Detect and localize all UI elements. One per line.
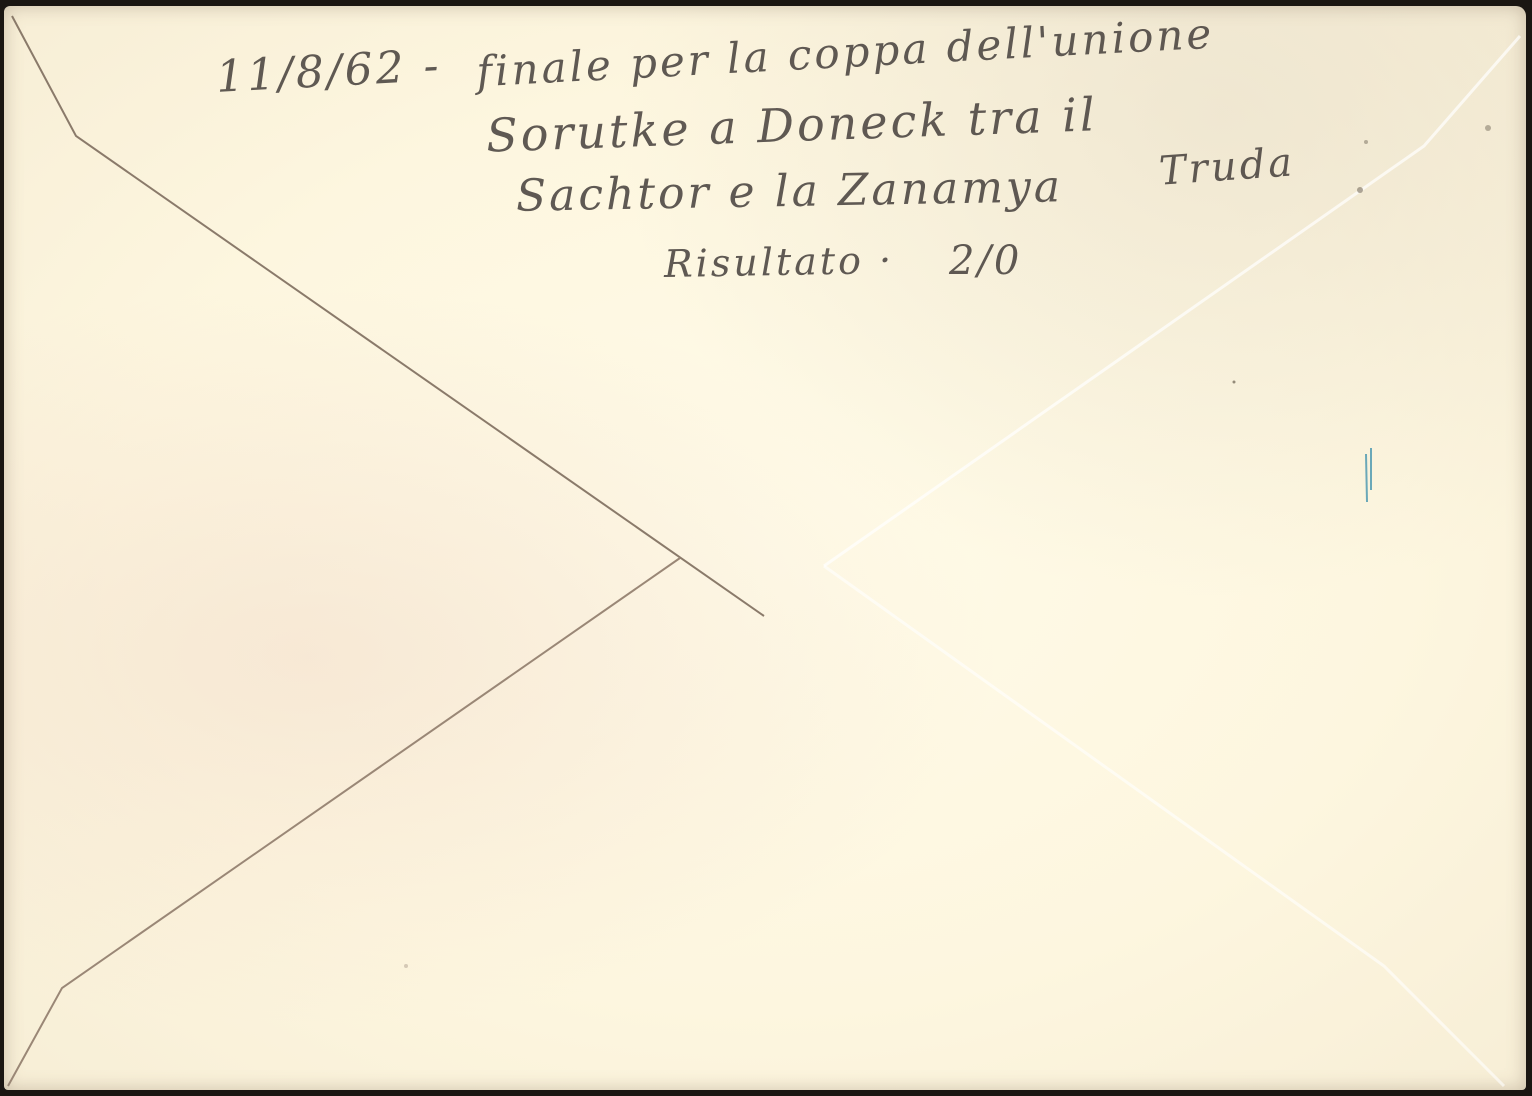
note-result-score: 2/0	[949, 238, 1022, 284]
blue-pencil-mark-icon	[1364, 446, 1374, 506]
right-bottom-crease	[824, 566, 1504, 1086]
note-line-3: Sachtor e la Zanamya	[516, 161, 1064, 222]
scanned-document: 11/8/62 - finale per la coppa dell'union…	[0, 0, 1532, 1096]
note-result-label: Risultato ·	[664, 238, 895, 286]
left-flap-lower-edge	[8, 558, 680, 1086]
envelope-back: 11/8/62 - finale per la coppa dell'union…	[4, 6, 1526, 1090]
note-line-3-suffix: Truda	[1158, 139, 1297, 194]
